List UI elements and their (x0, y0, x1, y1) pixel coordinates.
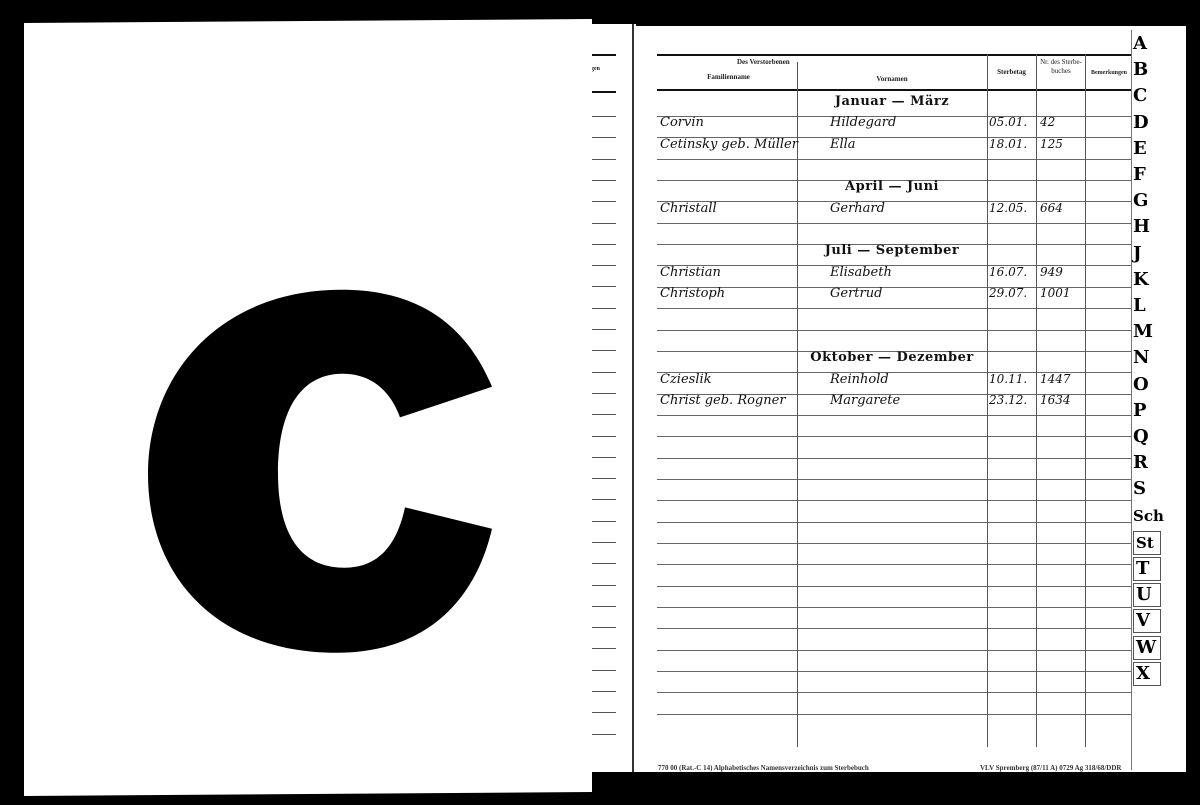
index-tab-st[interactable]: St (1133, 531, 1161, 555)
quarter-heading: Januar — März (797, 94, 987, 109)
index-tab-sch[interactable]: Sch (1133, 505, 1157, 527)
row-rule (657, 415, 1132, 416)
row-rule (657, 607, 1132, 608)
row-rule (657, 223, 1132, 224)
quarter-heading: April — Juni (797, 179, 987, 194)
row-rule (657, 543, 1132, 544)
register-number-cell: 42 (1040, 115, 1055, 129)
index-tab-x[interactable]: X (1133, 662, 1161, 686)
index-tab-o[interactable]: O (1133, 374, 1157, 396)
footer-form-title: 770 00 (Rat.-C 14) Alphabetisches Namens… (658, 764, 869, 772)
index-tab-c[interactable]: C (1133, 85, 1157, 107)
header-death-date: Sterbetag (987, 68, 1036, 77)
death-date-cell: 23.12. (989, 393, 1027, 407)
footer-printer-info: VLV Spremberg (87/11 A) 0729 Ag 318/68/D… (980, 764, 1121, 772)
index-tab-e[interactable]: E (1133, 138, 1157, 160)
letter-c-glyph (120, 267, 520, 670)
index-tab-f[interactable]: F (1133, 164, 1157, 186)
row-rule (657, 650, 1132, 651)
date-col-line (987, 54, 988, 747)
family-name-cell: Christian (660, 265, 721, 280)
register-number-cell: 1634 (1040, 393, 1071, 407)
family-name-cell: Czieslik (660, 372, 712, 387)
index-tab-m[interactable]: M (1133, 321, 1157, 343)
index-tab-b[interactable]: B (1133, 59, 1157, 81)
header-family-name: Familienname (660, 73, 797, 82)
family-name-cell: Cetinsky geb. Müller (660, 137, 798, 152)
register-number-cell: 949 (1040, 265, 1063, 279)
row-rule (657, 714, 1132, 715)
death-date-cell: 18.01. (989, 137, 1027, 151)
register-number-cell: 664 (1040, 201, 1063, 215)
register-number-cell: 125 (1040, 137, 1063, 151)
row-rule (657, 330, 1132, 331)
header-given-names: Vornamen (797, 75, 987, 84)
header-register-number: Nr. des Sterbe-buches (1040, 58, 1082, 76)
index-divider-card: C (24, 19, 592, 796)
index-tab-l[interactable]: L (1133, 295, 1157, 317)
given-name-cell: Elisabeth (830, 265, 892, 280)
index-tab-k[interactable]: K (1133, 269, 1157, 291)
register-number-cell: 1001 (1040, 286, 1071, 300)
given-col-line (797, 62, 798, 747)
header-group-label: Des Verstorbenen (737, 58, 857, 67)
given-name-cell: Margarete (830, 393, 900, 408)
death-date-cell: 12.05. (989, 201, 1027, 215)
quarter-heading: Oktober — Dezember (797, 350, 987, 365)
header-bottom-rule (657, 89, 1132, 91)
death-date-cell: 16.07. (989, 265, 1027, 279)
index-tab-d[interactable]: D (1133, 112, 1157, 134)
header-remarks: Bemerkungen (1086, 69, 1132, 78)
index-tab-h[interactable]: H (1133, 216, 1157, 238)
given-name-cell: Gerhard (830, 201, 885, 216)
given-name-cell: Gertrud (830, 286, 882, 301)
row-rule (657, 671, 1132, 672)
number-col-line (1036, 54, 1037, 747)
header-top-rule (657, 54, 1132, 56)
row-rule (657, 159, 1132, 160)
index-tab-v[interactable]: V (1133, 609, 1161, 633)
death-date-cell: 10.11. (989, 372, 1027, 386)
row-rule (657, 458, 1132, 459)
index-tab-s[interactable]: S (1133, 478, 1157, 500)
given-name-cell: Reinhold (830, 372, 889, 387)
index-tab-n[interactable]: N (1133, 347, 1157, 369)
remarks-col-line (1085, 54, 1086, 747)
tab-edge-line (1131, 30, 1132, 770)
quarter-heading: Juli — September (797, 243, 987, 258)
row-rule (657, 628, 1132, 629)
index-tab-g[interactable]: G (1133, 190, 1157, 212)
given-name-cell: Ella (830, 137, 856, 152)
family-name-cell: Christall (660, 201, 717, 216)
page-gutter (632, 24, 634, 772)
row-rule (657, 436, 1132, 437)
row-rule (657, 586, 1132, 587)
family-name-cell: Corvin (660, 115, 704, 130)
row-rule (657, 522, 1132, 523)
row-rule (657, 500, 1132, 501)
register-number-cell: 1447 (1040, 372, 1071, 386)
row-rule (657, 479, 1132, 480)
index-tab-q[interactable]: Q (1133, 426, 1157, 448)
index-tab-u[interactable]: U (1133, 583, 1161, 607)
death-date-cell: 05.01. (989, 115, 1027, 129)
family-name-cell: Christoph (660, 286, 725, 301)
index-tab-j[interactable]: J (1133, 243, 1157, 265)
family-name-cell: Christ geb. Rogner (660, 393, 786, 408)
index-tab-p[interactable]: P (1133, 400, 1157, 422)
tab-strip-edge (1178, 26, 1186, 772)
row-rule (657, 692, 1132, 693)
death-date-cell: 29.07. (989, 286, 1027, 300)
index-tab-a[interactable]: A (1133, 33, 1157, 55)
index-tab-r[interactable]: R (1133, 452, 1157, 474)
given-name-cell: Hildegard (830, 115, 896, 130)
index-tab-t[interactable]: T (1133, 557, 1161, 581)
index-tab-w[interactable]: W (1133, 636, 1161, 660)
row-rule (657, 564, 1132, 565)
row-rule (657, 308, 1132, 309)
